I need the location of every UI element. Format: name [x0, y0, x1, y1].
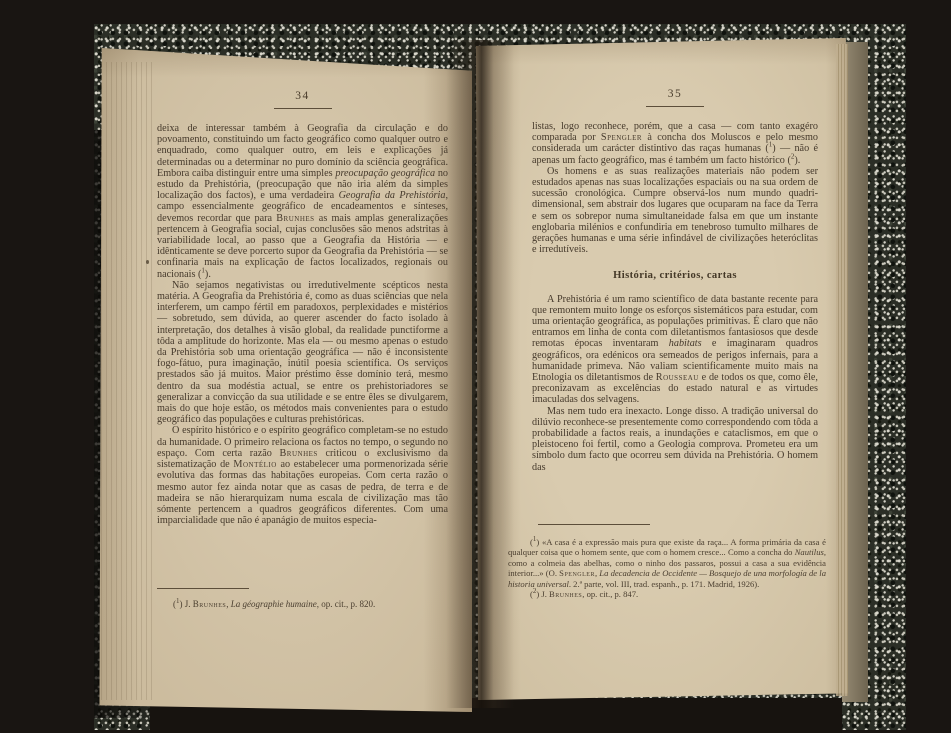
footnote: (1) «A casa é a expressão mais pura que … [508, 537, 826, 589]
right-page-fore-edge [836, 44, 848, 696]
left-page-edge-stack [101, 62, 153, 700]
right-page-content: 35 listas, logo reconhece, porém, que a … [532, 88, 818, 473]
left-page-content: 34 deixa de interessar também à Geografi… [157, 90, 448, 526]
book-gutter-shadow [446, 40, 514, 708]
footnote-separator [157, 588, 249, 589]
left-page-number: 34 [157, 90, 448, 102]
right-page-body: listas, logo reconhece, porém, que a cas… [532, 121, 818, 473]
footnote-separator [538, 524, 650, 525]
left-page-body: deixa de interessar também à Geografia d… [157, 123, 448, 526]
paragraph: listas, logo reconhece, porém, que a cas… [532, 121, 818, 166]
right-page-number: 35 [532, 88, 818, 100]
footnote: (2) J. Brunhes, op. cit., p. 847. [508, 589, 826, 599]
paragraph: Os homens e as suas realizações materiai… [532, 166, 818, 256]
paragraph: A Prehistória é um ramo scientífico de d… [532, 294, 818, 406]
page-number-rule [274, 108, 332, 109]
ink-speck [146, 260, 149, 264]
footnote: (1) J. Brunhes, La géographie humaine, o… [157, 599, 448, 610]
paragraph: deixa de interessar também à Geografia d… [157, 123, 448, 280]
paragraph: Não sejamos negativistas ou irredutivelm… [157, 280, 448, 426]
left-footnote-block: (1) J. Brunhes, La géographie humaine, o… [157, 588, 448, 610]
paragraph: O espírito histórico e o espírito geográ… [157, 425, 448, 526]
right-footnote-block: (1) «A casa é a expressão mais pura que … [508, 524, 826, 599]
paragraph: Mas nem tudo era inexacto. Longe disso. … [532, 406, 818, 473]
section-heading: História, critérios, cartas [532, 270, 818, 281]
page-number-rule [646, 106, 704, 107]
